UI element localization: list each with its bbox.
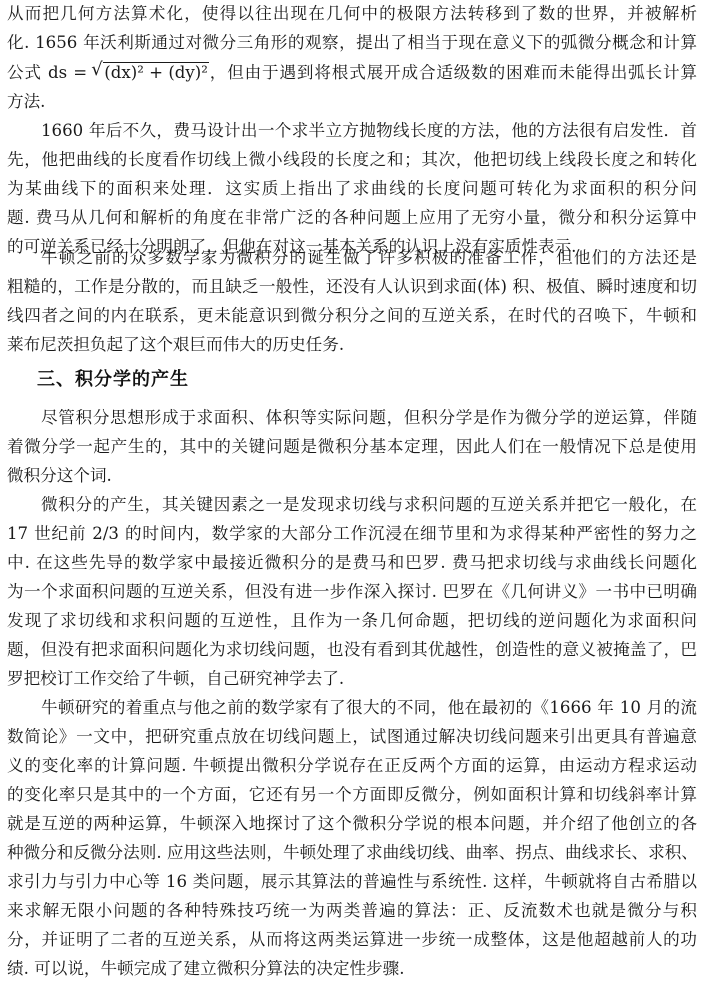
text-line: 从而把几何方法算术化，使得以往出现在几何中的极限方法转移到了数的世界，并被解析 [7, 0, 697, 28]
text-line: 来求解无限小问题的各种特殊技巧统一为两类普遍的算法：正、反流数术也就是微分与积 [7, 897, 697, 925]
text-line: 线四者之间的内在联系，更未能意识到微分积分之间的互逆关系，在时代的召唤下，牛顿和 [7, 302, 697, 330]
text-line: 数简论》一文中，把研究重点放在切线问题上，试图通过解决切线问题来引出更具有普遍意 [7, 723, 697, 751]
text-line: 中. 在这些先导的数学家中最接近微积分的是费马和巴罗. 费马把求切线与求曲线长问… [7, 549, 697, 577]
text-line: 着微分学一起产生的，其中的关键问题是微积分基本定理，因此人们在一般情况下总是使用 [7, 433, 697, 461]
text-line: 化. 1656 年沃利斯通过对微分三角形的观察，提出了相当于现在意义下的弧微分概… [7, 29, 697, 57]
text-line: 题，但没有把求面积问题化为求切线问题，也没有看到其优越性，创造性的意义被掩盖了，… [7, 636, 697, 664]
square-root-icon: (dx)² + (dy)² [93, 59, 209, 87]
text-line: 1660 年后不久，费马设计出一个求半立方抛物线长度的方法，他的方法很有启发性．… [7, 117, 697, 145]
arc-length-formula: ds = (dx)² + (dy)² [48, 63, 209, 82]
text-line: 为某曲线下的面积来处理．这实质上指出了求曲线的长度问题可转化为求面积的积分问 [7, 175, 697, 203]
text-line: 绩. 可以说，牛顿完成了建立微积分算法的决定性步骤. [7, 955, 697, 983]
formula-line: 公式 ds = (dx)² + (dy)²，但由于遇到将根式展开成合适级数的困难… [7, 59, 697, 87]
text-line: 的变化率只是其中的一个方面，它还有另一个方面即反微分，例如面积计算和切线斜率计算 [7, 781, 697, 809]
formula-radicand: (dx)² + (dy)² [103, 62, 209, 83]
text-line: 义的变化率的计算问题. 牛顿提出微积分学说存在正反两个方面的运算，由运动方程求运… [7, 752, 697, 780]
text-line: 就是互逆的两种运算，牛顿深入地探讨了这个微积分学说的根本问题，并介绍了他创立的各 [7, 810, 697, 838]
text-line: 莱布尼茨担负起了这个艰巨而伟大的历史任务. [7, 331, 697, 359]
section-heading: 三、积分学的产生 [37, 366, 189, 394]
text-line: 微积分的产生，其关键因素之一是发现求切线与求积问题的互逆关系并把它一般化，在 [7, 491, 697, 519]
text-line: 牛顿之前的众多数学家为微积分的诞生做了许多积极的准备工作，但他们的方法还是 [7, 244, 697, 272]
text-line: 求引力与引力中心等 16 类问题，展示其算法的普遍性与系统性. 这样，牛顿就将自… [7, 868, 697, 896]
text-line: 发现了求切线和求积问题的互逆性，且作为一条几何命题，把切线的逆问题化为求面积问 [7, 607, 697, 635]
formula-prefix: 公式 [7, 63, 42, 82]
text-line: 种微分和反微分法则. 应用这些法则，牛顿处理了求曲线切线、曲率、拐点、曲线求长、… [7, 839, 697, 867]
text-line: 方法. [7, 88, 697, 116]
text-line: 分，并证明了二者的互逆关系，从而将这两类运算进一步统一成整体，这是他超越前人的功 [7, 926, 697, 954]
text-line: 粗糙的，工作是分散的，而且缺乏一般性，还没有人认识到求面(体) 积、极值、瞬时速… [7, 273, 697, 301]
text-line: 题. 费马从几何和解析的角度在非常广泛的各种问题上应用了无穷小量，微分和积分运算… [7, 204, 697, 232]
text-line: 罗把校订工作交给了牛顿，自己研究神学去了. [7, 665, 697, 693]
text-line: 先，他把曲线的长度看作切线上微小线段的长度之和；其次，他把切线上线段长度之和转化 [7, 146, 697, 174]
text-line: 为一个求面积问题的互逆关系，但没有进一步作深入探讨. 巴罗在《几何讲义》一书中已… [7, 578, 697, 606]
formula-suffix: ，但由于遇到将根式展开成合适级数的困难而未能得出弧长计算 [209, 63, 697, 82]
text-line: 牛顿研究的着重点与他之前的数学家有了很大的不同，他在最初的《1666 年 10 … [7, 694, 697, 722]
text-line: 尽管积分思想形成于求面积、体积等实际问题，但积分学是作为微分学的逆运算，伴随 [7, 404, 697, 432]
formula-lhs: ds = [48, 63, 87, 82]
text-line: 17 世纪前 2/3 的时间内，数学家的大部分工作沉浸在细节里和为求得某种严密性… [7, 520, 697, 548]
text-line: 微积分这个词. [7, 462, 697, 490]
